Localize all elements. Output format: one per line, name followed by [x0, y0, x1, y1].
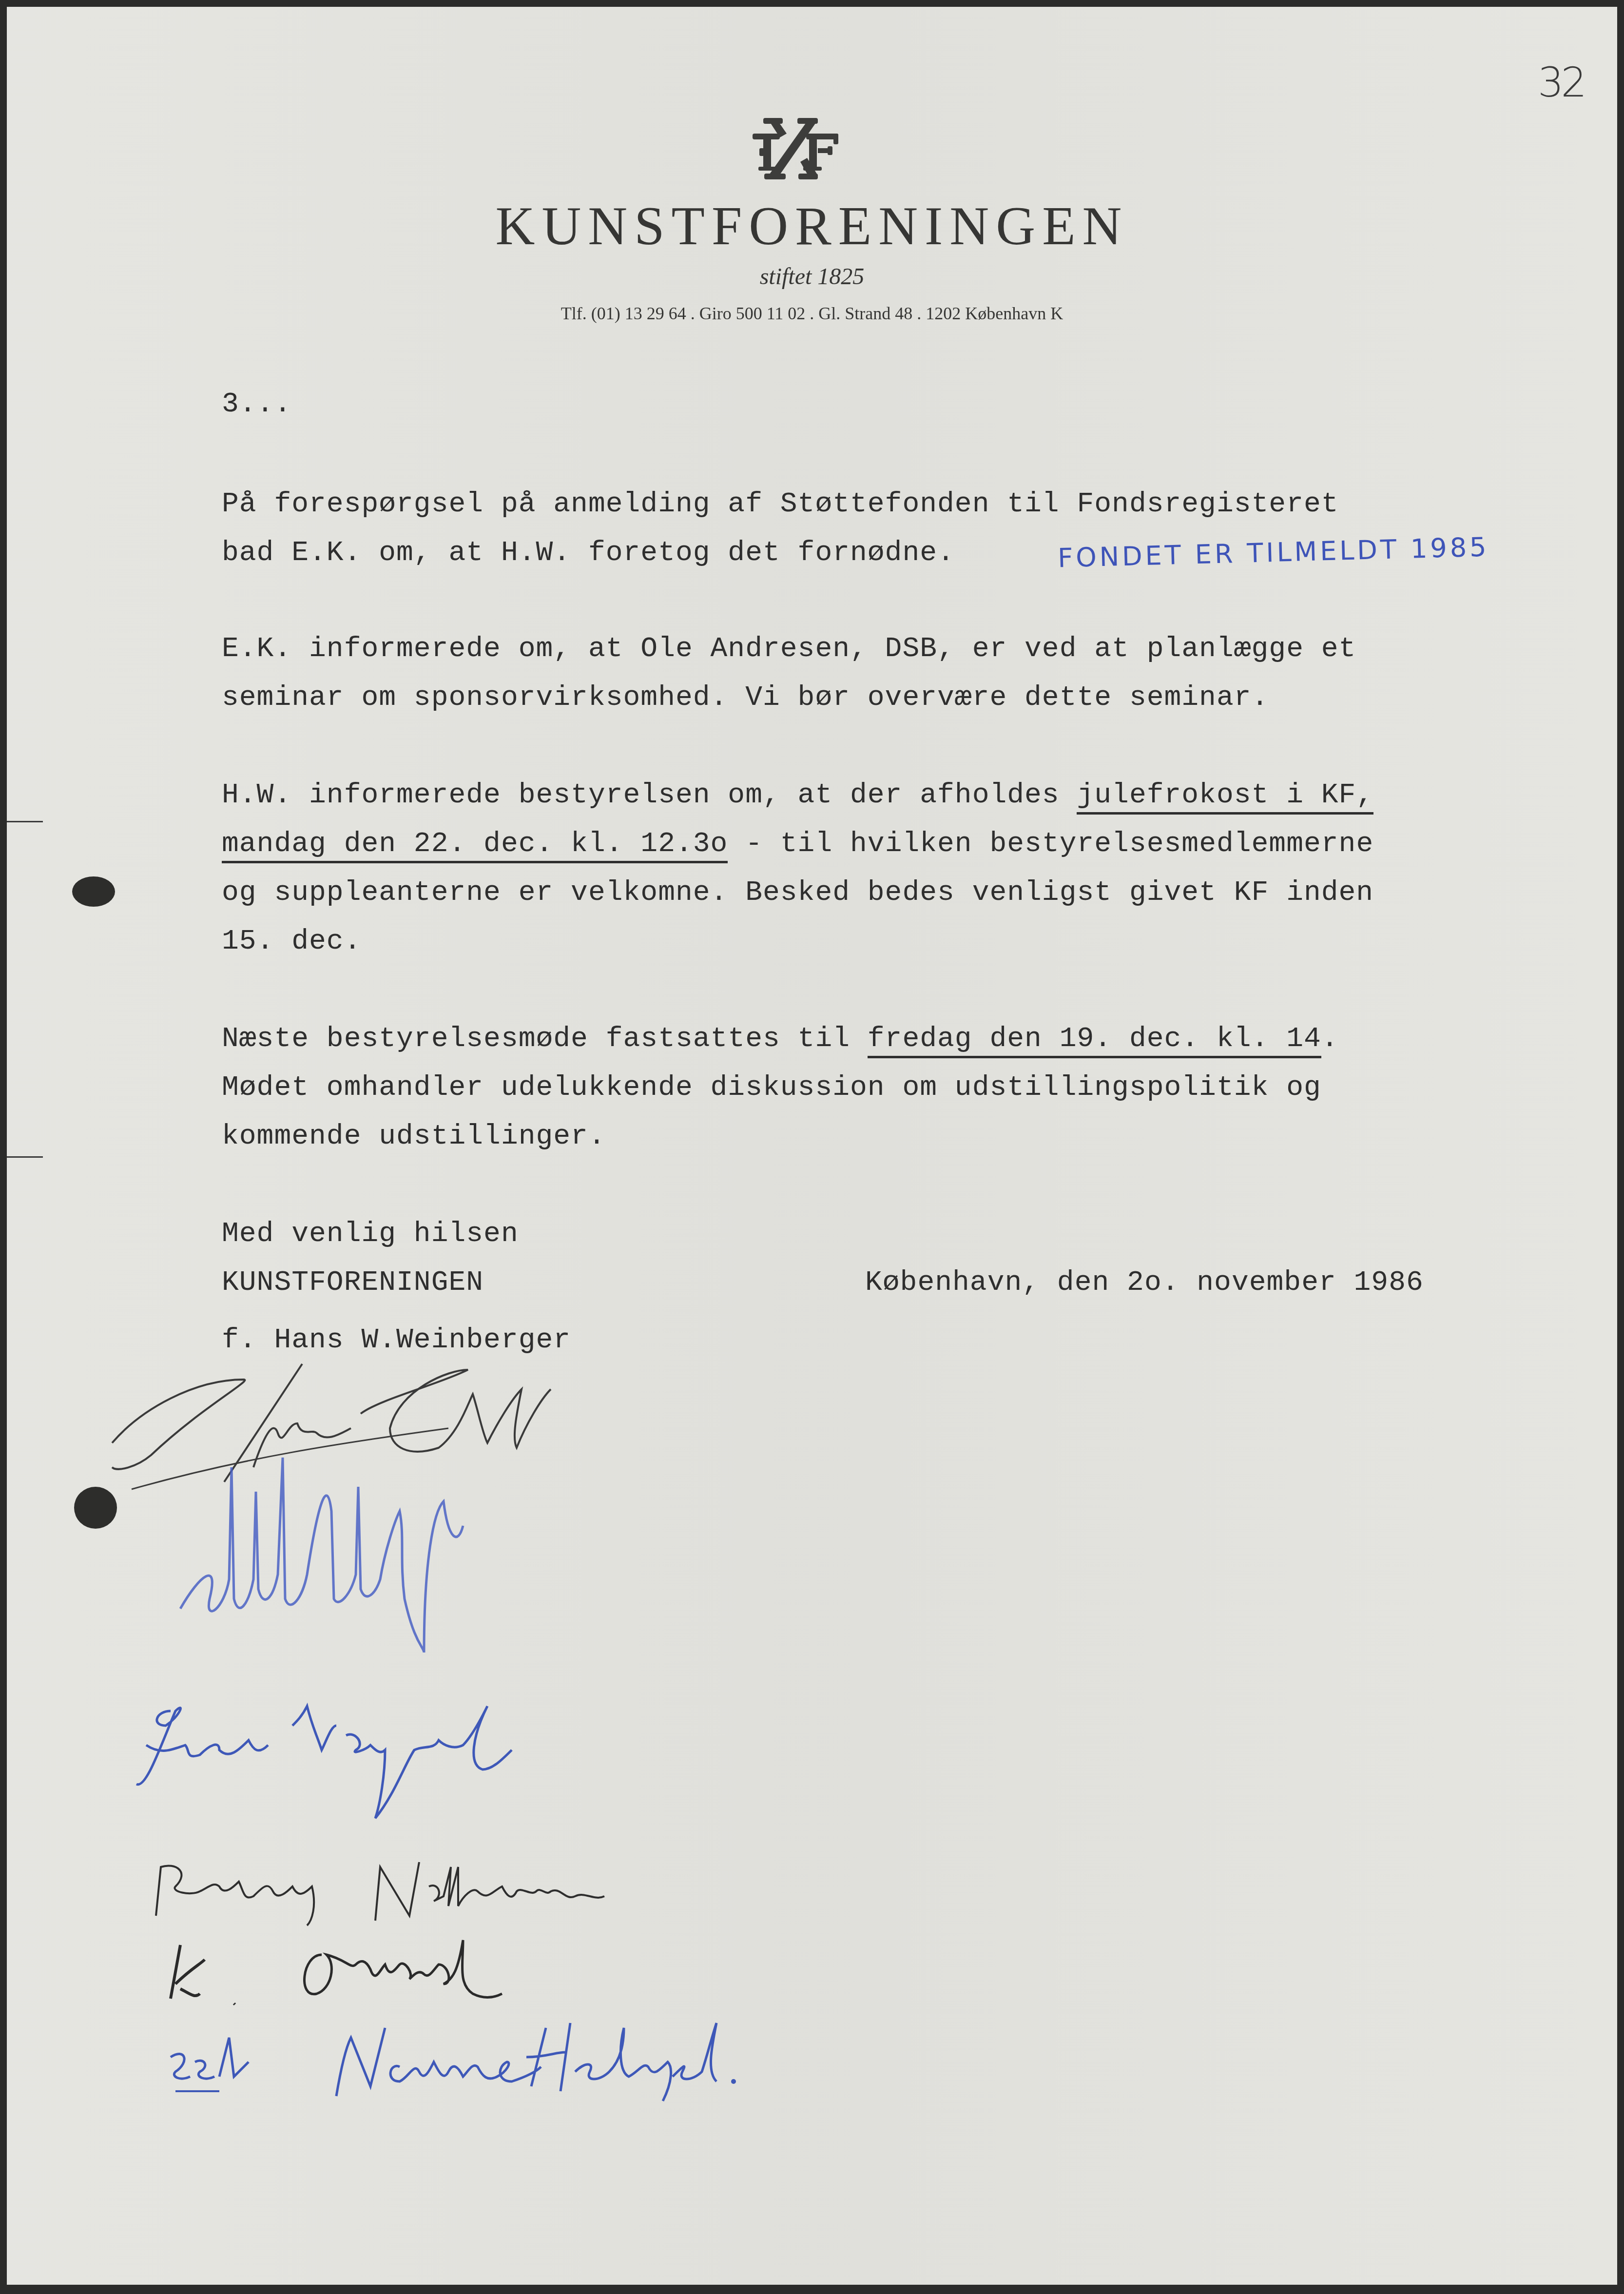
paragraph-2-line-1: E.K. informerede om, at Ole Andresen, DS…	[222, 625, 1356, 674]
paragraph-1-line-1: På forespørgsel på anmelding af Støttefo…	[222, 480, 1339, 529]
fold-mark-bottom	[7, 1156, 43, 1158]
org-name: KUNSTFORENINGEN	[0, 195, 1624, 258]
founded-year: stiftet 1825	[0, 263, 1624, 290]
underlined-date: mandag den 22. dec. kl. 12.3o	[222, 828, 728, 863]
paragraph-4-period: .	[1321, 1023, 1339, 1055]
punch-hole-top	[72, 876, 115, 907]
paragraph-4-line-1: Næste bestyrelsesmøde fastsattes til fre…	[222, 1015, 1339, 1064]
signature-2	[171, 1414, 585, 1657]
paragraph-4-line-3: kommende udstillinger.	[222, 1112, 606, 1161]
underlined-meeting-date: fredag den 19. dec. kl. 14	[868, 1023, 1321, 1058]
paragraph-3-line-2: mandag den 22. dec. kl. 12.3o - til hvil…	[222, 820, 1373, 869]
paragraph-4-line-2: Mødet omhandler udelukkende diskussion o…	[222, 1064, 1321, 1112]
signature-3	[132, 1696, 716, 1843]
paragraph-3-line-4: 15. dec.	[222, 917, 361, 966]
page-marker: 3...	[222, 380, 291, 429]
paragraph-3-text: - til hvilken bestyrelsesmedlemmerne	[728, 828, 1373, 860]
closing-organization: KUNSTFORENINGEN	[222, 1259, 483, 1307]
paragraph-3-text: H.W. informerede bestyrelsen om, at der …	[222, 779, 1077, 811]
paragraph-3-line-3: og suppleanterne er velkomne. Besked bed…	[222, 869, 1373, 917]
signature-6	[156, 2008, 887, 2106]
contact-address: Tlf. (01) 13 29 64 . Giro 500 11 02 . Gl…	[0, 303, 1624, 324]
place-date: København, den 2o. november 1986	[865, 1259, 1424, 1307]
closing-greeting: Med venlig hilsen	[222, 1210, 519, 1259]
signature-4	[146, 1857, 707, 1930]
fold-mark-top	[7, 821, 43, 822]
paragraph-2-line-2: seminar om sponsorvirksomhed. Vi bør ove…	[222, 674, 1269, 722]
underlined-event: julefrokost i KF,	[1077, 779, 1373, 815]
page-number: 32	[1538, 58, 1584, 106]
paragraph-4-text: Næste bestyrelsesmøde fastsattes til	[222, 1023, 868, 1055]
kf-monogram-icon	[750, 115, 842, 181]
paragraph-3-line-1: H.W. informerede bestyrelsen om, at der …	[222, 771, 1373, 820]
paragraph-1-line-2: bad E.K. om, at H.W. foretog det fornødn…	[222, 529, 955, 578]
signature-5	[161, 1925, 624, 2013]
